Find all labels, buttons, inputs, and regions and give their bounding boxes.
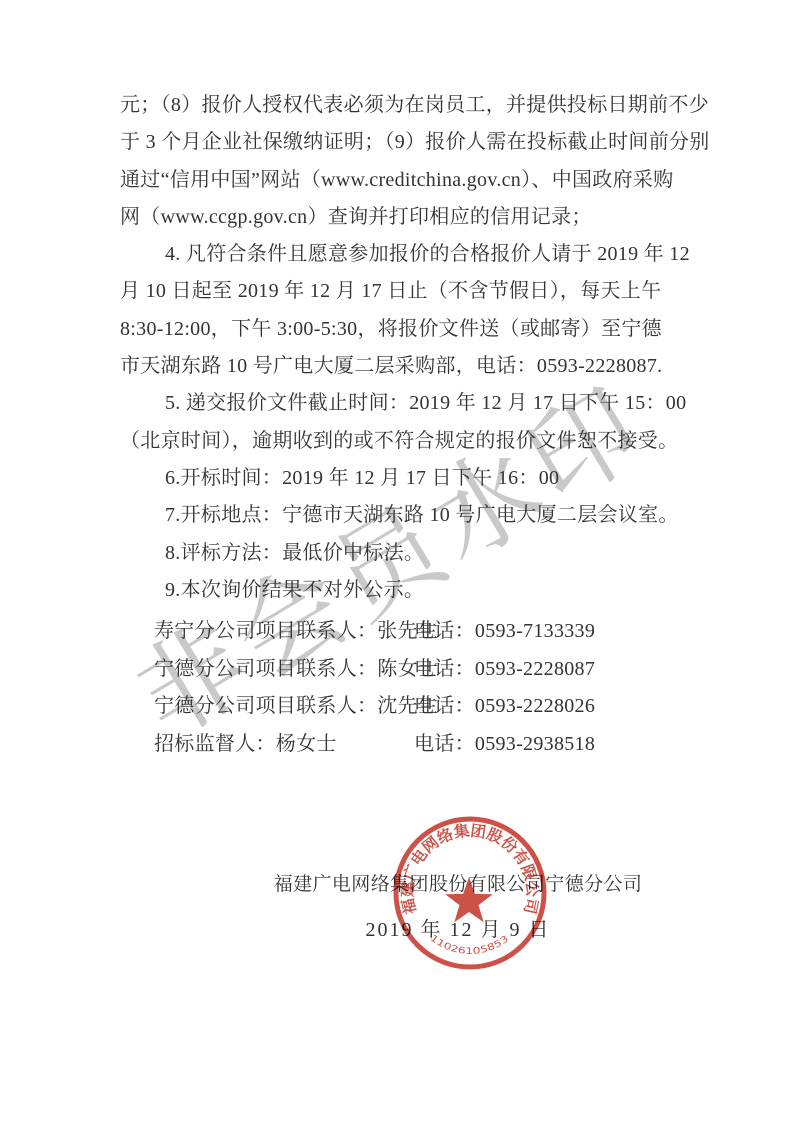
document-line: 于 3 个月企业社保缴纳证明；（9）报价人需在投标截止时间前分别	[120, 124, 700, 161]
contact-row: 宁德分公司项目联系人：沈先生 电话：0593-2228026	[120, 688, 700, 726]
document-line: 6.开标时间：2019 年 12 月 17 日下午 16：00	[120, 460, 700, 497]
contact-label: 招标监督人：杨女士	[154, 726, 414, 764]
document-line: 5. 递交报价文件截止时间：2019 年 12 月 17 日下午 15：00	[120, 385, 700, 422]
document-body: 元；（8）报价人授权代表必须为在岗员工，并提供投标日期前不少 于 3 个月企业社…	[120, 87, 700, 764]
contact-label: 宁德分公司项目联系人：沈先生	[154, 688, 414, 726]
contact-phone: 电话：0593-2228026	[414, 688, 700, 726]
document-line: 市天湖东路 10 号广电大厦二层采购部，电话：0593-2228087.	[120, 348, 700, 385]
contact-row: 寿宁分公司项目联系人：张先生 电话：0593-7133339	[120, 613, 700, 651]
document-line: （北京时间），逾期收到的或不符合规定的报价文件恕不接受。	[120, 423, 700, 460]
document-line: 7.开标地点：宁德市天湖东路 10 号广电大厦二层会议室。	[120, 497, 700, 534]
contact-phone: 电话：0593-2228087	[414, 651, 700, 689]
contact-row: 宁德分公司项目联系人：陈女士 电话：0593-2228087	[120, 651, 700, 689]
document-line: 网（www.ccgp.gov.cn）查询并打印相应的信用记录；	[120, 199, 700, 236]
signature-block: 福建广电网络集团股份有限公司宁德分公司 2019 年 12 月 9 日	[238, 869, 678, 942]
signature-date: 2019 年 12 月 9 日	[238, 913, 678, 942]
document-line: 8.评标方法：最低价中标法。	[120, 535, 700, 572]
contact-list: 寿宁分公司项目联系人：张先生 电话：0593-7133339 宁德分公司项目联系…	[120, 613, 700, 763]
contact-row: 招标监督人：杨女士 电话：0593-2938518	[120, 726, 700, 764]
contact-label: 宁德分公司项目联系人：陈女士	[154, 651, 414, 689]
contact-label: 寿宁分公司项目联系人：张先生	[154, 613, 414, 651]
contact-phone: 电话：0593-7133339	[414, 613, 700, 651]
document-line: 通过“信用中国”网站（www.creditchina.gov.cn）、中国政府采…	[120, 162, 700, 199]
signature-company: 福建广电网络集团股份有限公司宁德分公司	[238, 869, 678, 896]
document-line: 月 10 日起至 2019 年 12 月 17 日止（不含节假日），每天上午	[120, 273, 700, 310]
contact-phone: 电话：0593-2938518	[414, 726, 700, 764]
scanned-document-page: 非会员水印 元；（8）报价人授权代表必须为在岗员工，并提供投标日期前不少 于 3…	[0, 0, 793, 1121]
document-line: 8:30-12:00，下午 3:00-5:30，将报价文件送（或邮寄）至宁德	[120, 311, 700, 348]
document-line: 4. 凡符合条件且愿意参加报价的合格报价人请于 2019 年 12	[120, 236, 700, 273]
document-line: 9.本次询价结果不对外公示。	[120, 572, 700, 609]
document-line: 元；（8）报价人授权代表必须为在岗员工，并提供投标日期前不少	[120, 87, 700, 124]
